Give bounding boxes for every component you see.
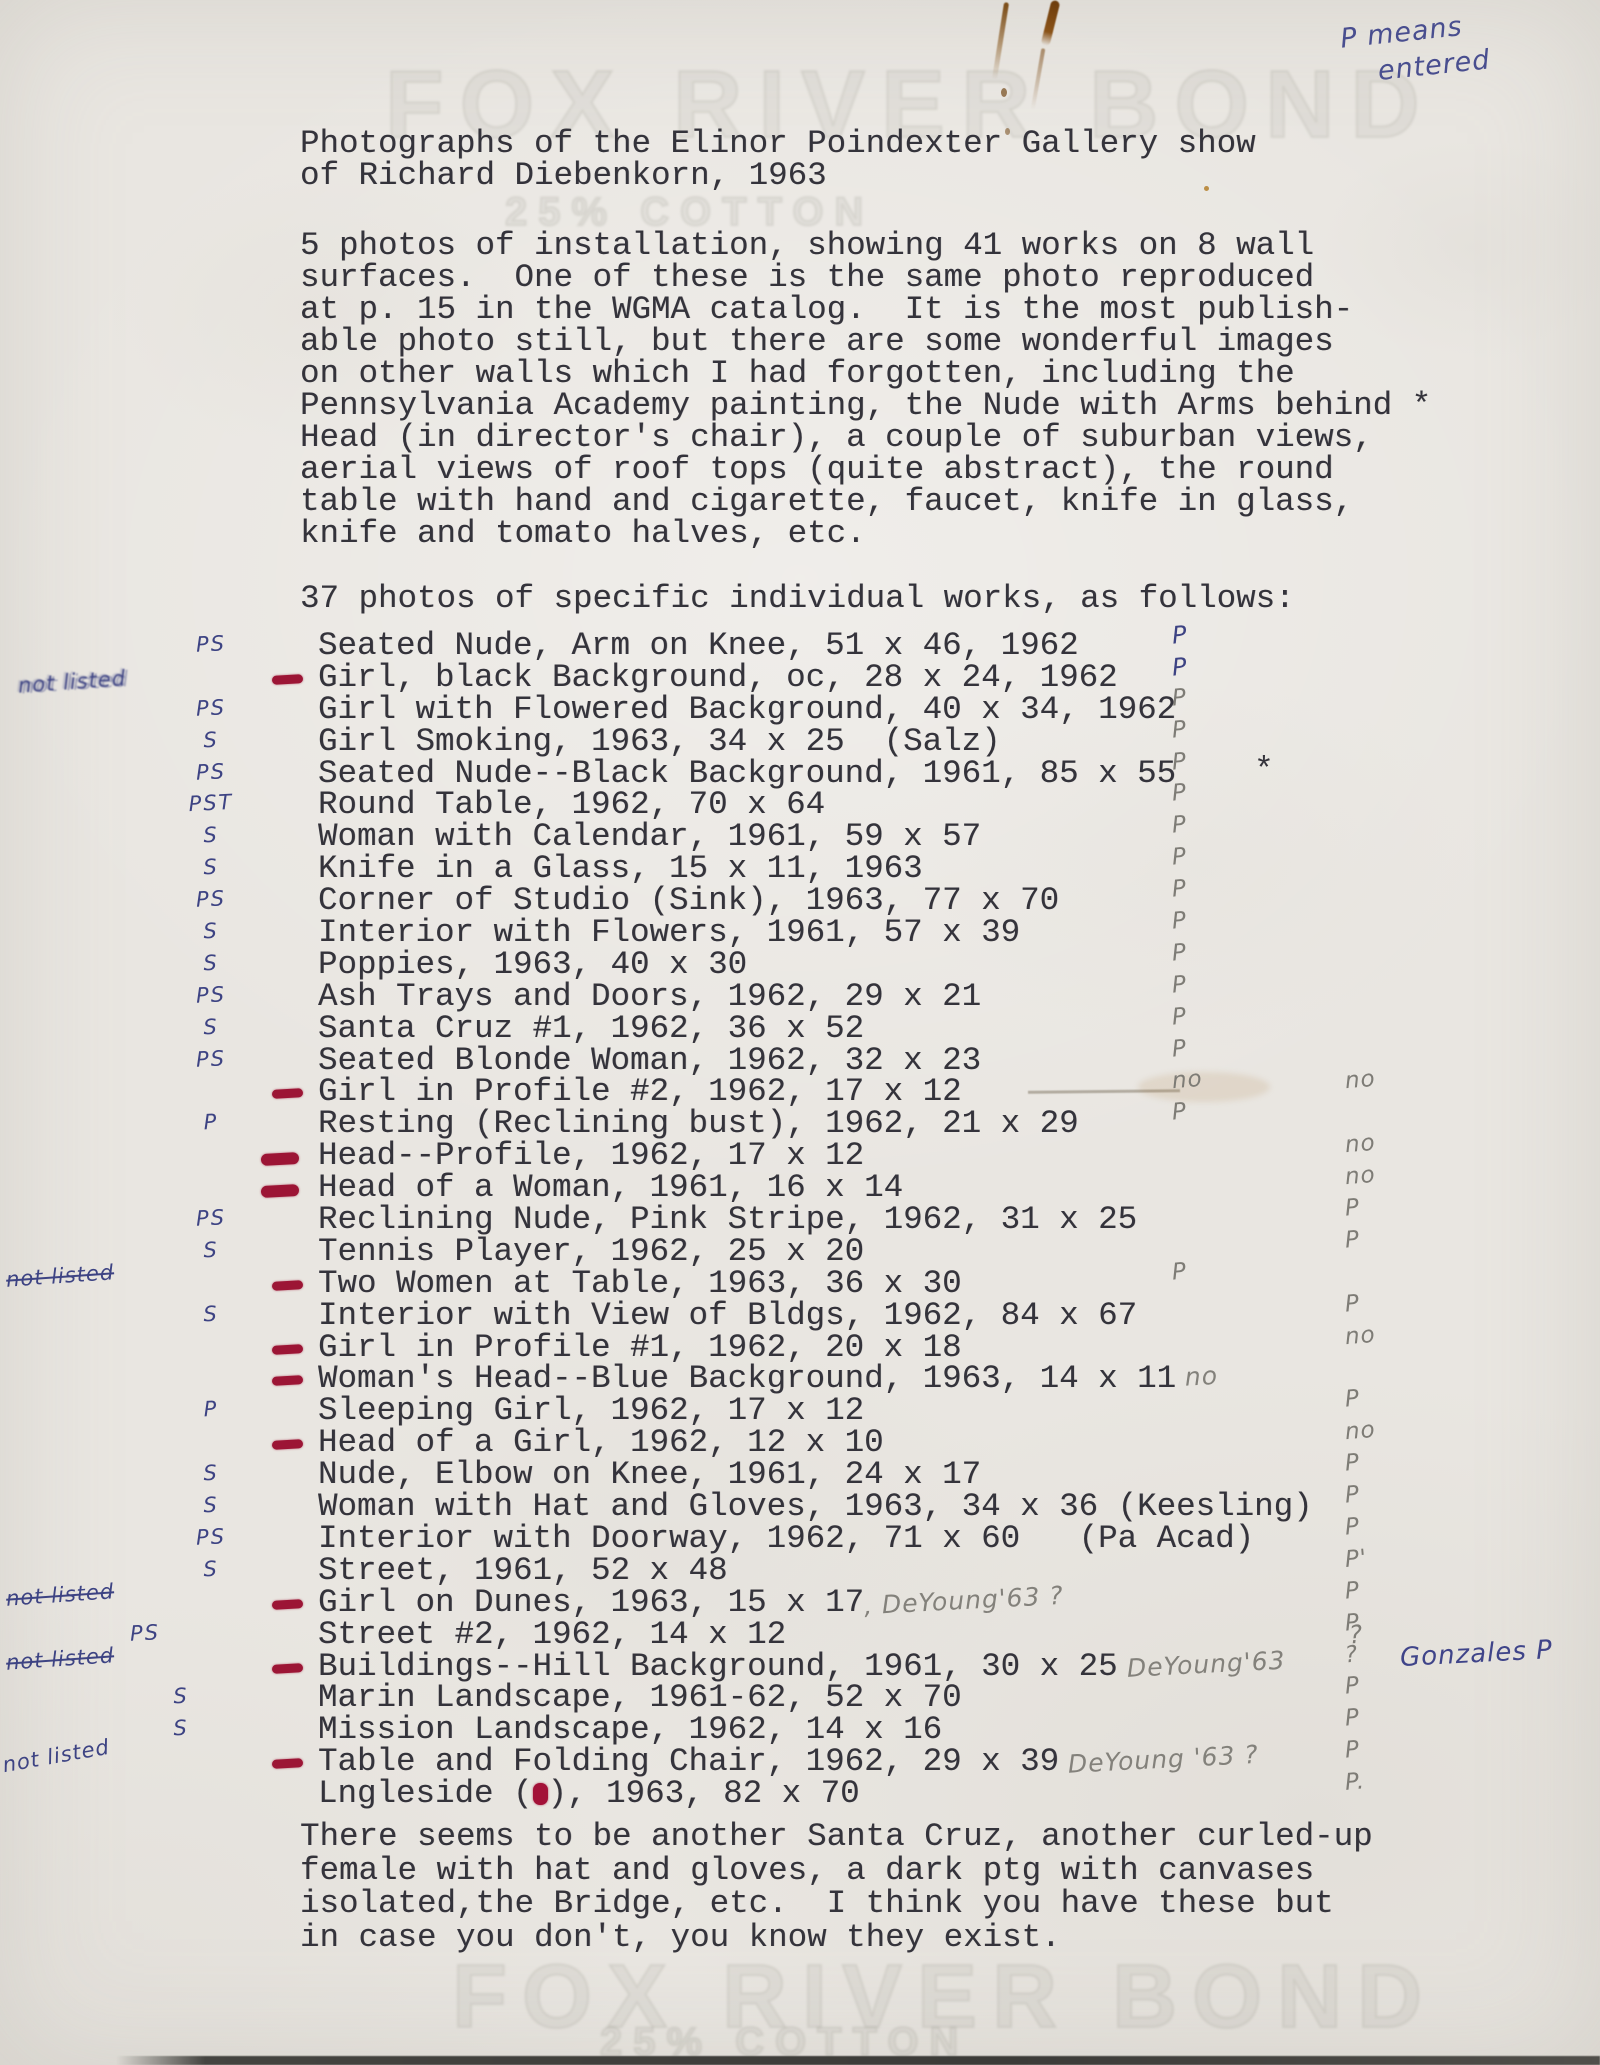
right-annotation-2: P xyxy=(1344,1705,1361,1732)
right-annotation-2: no xyxy=(1344,1417,1377,1446)
work-title: Interior with Doorway, 1962, 71 x 60 (Pa… xyxy=(318,1523,1254,1554)
work-title: Sleeping Girl, 1962, 17 x 12 xyxy=(318,1395,864,1426)
right-annotation-2: no xyxy=(1344,1162,1377,1191)
list-item: not listed Two Women at Table, 1963, 36 … xyxy=(0,1268,1600,1300)
right-annotation-2: P xyxy=(1344,1577,1361,1604)
work-title: Head--Profile, 1962, 17 x 12 xyxy=(318,1140,864,1171)
work-title: Nude, Elbow on Knee, 1961, 24 x 17 xyxy=(318,1459,981,1490)
work-title: Reclining Nude, Pink Stripe, 1962, 31 x … xyxy=(318,1204,1137,1235)
list-item: S Knife in a Glass, 15 x 11, 1963 P xyxy=(0,853,1600,885)
work-code: PS xyxy=(111,1619,178,1646)
list-item: S Woman with Calendar, 1961, 59 x 57 P xyxy=(0,821,1600,853)
list-item: PS Seated Nude, Arm on Knee, 51 x 46, 19… xyxy=(0,630,1600,662)
work-title: Street, 1961, 52 x 48 xyxy=(318,1555,728,1586)
asterisk-mark: * xyxy=(1254,752,1274,789)
question-mark: ? xyxy=(1348,1620,1363,1650)
red-dash-mark xyxy=(261,1152,300,1166)
right-annotation-2: P xyxy=(1344,1737,1361,1764)
work-code: PS xyxy=(177,630,244,657)
right-annotation-1: P xyxy=(1171,716,1188,743)
red-dash-mark xyxy=(272,674,303,685)
list-item: Girl in Profile #1, 1962, 20 x 18 no xyxy=(0,1332,1600,1364)
right-annotation-2: P xyxy=(1344,1194,1361,1221)
work-title: Tennis Player, 1962, 25 x 20 xyxy=(318,1236,864,1267)
right-annotation-2: P xyxy=(1344,1513,1361,1540)
work-title: Woman with Calendar, 1961, 59 x 57 xyxy=(318,821,981,852)
work-code: PST xyxy=(177,790,244,817)
work-code: S xyxy=(177,1555,244,1582)
list-item: Woman's Head--Blue Background, 1963, 14 … xyxy=(0,1363,1600,1395)
document-title: Photographs of the Elinor Poindexter Gal… xyxy=(300,128,1256,192)
closing-paragraph: There seems to be another Santa Cruz, an… xyxy=(300,1820,1373,1954)
work-title: Resting (Reclining bust), 1962, 21 x 29 xyxy=(318,1108,1079,1139)
right-annotation-1: P xyxy=(1171,812,1188,839)
work-code: PS xyxy=(177,981,244,1008)
right-annotation-2: P xyxy=(1344,1450,1361,1477)
list-heading: 37 photos of specific individual works, … xyxy=(300,580,1295,617)
list-item: S Mission Landscape, 1962, 14 x 16 P xyxy=(0,1714,1600,1746)
work-title: Interior with Flowers, 1961, 57 x 39 xyxy=(318,917,1020,948)
work-title: Seated Blonde Woman, 1962, 32 x 23 xyxy=(318,1045,981,1076)
list-item: S Marin Landscape, 1961-62, 52 x 70 P xyxy=(0,1682,1600,1714)
red-dash-mark xyxy=(261,1184,300,1198)
work-code: S xyxy=(177,854,244,881)
inline-pencil-note: DeYoung'63 xyxy=(1117,1645,1286,1683)
list-item: not listed Girl, black Background, oc, 2… xyxy=(0,662,1600,694)
work-title: Marin Landscape, 1961-62, 52 x 70 xyxy=(318,1682,962,1713)
right-annotation-2: no xyxy=(1344,1066,1377,1095)
right-annotation-1: P xyxy=(1171,844,1188,871)
right-annotation-1: P xyxy=(1171,1258,1188,1285)
right-annotation-2: P xyxy=(1344,1226,1361,1253)
red-dash-mark xyxy=(272,1439,303,1450)
inline-pencil-note: , DeYoung'63 ? xyxy=(863,1581,1064,1620)
work-title: Ash Trays and Doors, 1962, 29 x 21 xyxy=(318,981,981,1012)
work-title: Table and Folding Chair, 1962, 29 x 39 D… xyxy=(318,1746,1259,1777)
list-item: PS Ash Trays and Doors, 1962, 29 x 21 P xyxy=(0,981,1600,1013)
work-code: S xyxy=(177,949,244,976)
list-item: PS Girl with Flowered Background, 40 x 3… xyxy=(0,694,1600,726)
work-code: S xyxy=(177,1013,244,1040)
work-code: S xyxy=(177,726,244,753)
work-code: S xyxy=(177,1300,244,1327)
list-item: PS Corner of Studio (Sink), 1963, 77 x 7… xyxy=(0,885,1600,917)
right-annotation-1: P xyxy=(1171,780,1188,807)
right-annotation-1: P xyxy=(1171,652,1189,681)
right-annotation-1: P xyxy=(1171,684,1188,711)
list-item: S Street, 1961, 52 x 48 P' xyxy=(0,1555,1600,1587)
work-title: Street #2, 1962, 14 x 12 xyxy=(318,1619,786,1650)
work-code: S xyxy=(177,822,244,849)
work-title: Two Women at Table, 1963, 36 x 30 xyxy=(318,1268,962,1299)
work-code: S xyxy=(147,1683,214,1710)
work-title: Round Table, 1962, 70 x 64 xyxy=(318,789,825,820)
work-title: Girl with Flowered Background, 40 x 34, … xyxy=(318,694,1176,725)
right-annotation-1: P xyxy=(1171,620,1189,649)
right-annotation-1: P xyxy=(1171,748,1188,775)
right-annotation-1: P xyxy=(1171,971,1188,998)
list-item: S Woman with Hat and Gloves, 1963, 34 x … xyxy=(0,1491,1600,1523)
work-title: Buildings--Hill Background, 1961, 30 x 2… xyxy=(318,1651,1285,1682)
work-code: P xyxy=(177,1396,244,1423)
right-annotation-2: no xyxy=(1344,1130,1377,1159)
right-annotation-1: no xyxy=(1171,1066,1204,1095)
right-annotation-1: P xyxy=(1171,876,1188,903)
list-item: S Girl Smoking, 1963, 34 x 25 (Salz) P xyxy=(0,726,1600,758)
work-title: Poppies, 1963, 40 x 30 xyxy=(318,949,747,980)
list-item: S Nude, Elbow on Knee, 1961, 24 x 17 P xyxy=(0,1459,1600,1491)
list-item: S Poppies, 1963, 40 x 30 P xyxy=(0,949,1600,981)
work-title: Santa Cruz #1, 1962, 36 x 52 xyxy=(318,1013,864,1044)
list-item: S Santa Cruz #1, 1962, 36 x 52 P xyxy=(0,1013,1600,1045)
right-annotation-2: P xyxy=(1344,1290,1361,1317)
work-code: S xyxy=(177,1459,244,1486)
list-item: Head of a Girl, 1962, 12 x 10 no xyxy=(0,1427,1600,1459)
list-item: not listed Girl on Dunes, 1963, 15 x 17,… xyxy=(0,1587,1600,1619)
header-handwritten-note: P means entered xyxy=(1339,7,1493,94)
right-annotation-1: P xyxy=(1171,939,1188,966)
right-annotation-1: P xyxy=(1171,907,1188,934)
right-annotation-2: no xyxy=(1344,1321,1377,1350)
work-code: PS xyxy=(177,1045,244,1072)
red-dash-mark xyxy=(272,1376,303,1387)
work-title: Seated Nude, Arm on Knee, 51 x 46, 1962 xyxy=(318,630,1079,661)
work-title: Lngleside (), 1963, 82 x 70 xyxy=(318,1778,860,1809)
work-title: Girl, black Background, oc, 28 x 24, 196… xyxy=(318,662,1118,693)
work-code: S xyxy=(147,1715,214,1742)
red-dash-mark xyxy=(272,1344,303,1355)
work-code: PS xyxy=(177,1523,244,1550)
red-dash-mark xyxy=(272,1280,303,1291)
work-title: Interior with View of Bldgs, 1962, 84 x … xyxy=(318,1300,1137,1331)
right-annotation-2: P xyxy=(1344,1673,1361,1700)
list-item: Head of a Woman, 1961, 16 x 14 no xyxy=(0,1172,1600,1204)
work-code: S xyxy=(177,917,244,944)
list-item: PS Reclining Nude, Pink Stripe, 1962, 31… xyxy=(0,1204,1600,1236)
work-title: Girl in Profile #1, 1962, 20 x 18 xyxy=(318,1332,962,1363)
right-annotation-2: P xyxy=(1344,1481,1361,1508)
list-item: Girl in Profile #2, 1962, 17 x 12 no no xyxy=(0,1076,1600,1108)
work-code: PS xyxy=(177,758,244,785)
list-item: PS Seated Nude--Black Background, 1961, … xyxy=(0,758,1600,790)
work-code: S xyxy=(177,1236,244,1263)
work-title-text: Lngleside ( xyxy=(318,1775,533,1812)
work-code: PS xyxy=(177,694,244,721)
work-code: S xyxy=(177,1491,244,1518)
right-annotation-1: P xyxy=(1171,1035,1188,1062)
red-dash-mark xyxy=(272,1599,303,1610)
red-dash-mark xyxy=(272,1089,303,1100)
right-annotation-2: P. xyxy=(1344,1768,1366,1796)
list-item: PST Round Table, 1962, 70 x 64 P xyxy=(0,789,1600,821)
work-title: Girl Smoking, 1963, 34 x 25 (Salz) xyxy=(318,726,1001,757)
intro-paragraph: 5 photos of installation, showing 41 wor… xyxy=(300,230,1431,550)
list-item: S Interior with Flowers, 1961, 57 x 39 P xyxy=(0,917,1600,949)
work-title: Seated Nude--Black Background, 1961, 85 … xyxy=(318,758,1176,789)
work-code: P xyxy=(177,1109,244,1136)
work-title: Girl in Profile #2, 1962, 17 x 12 xyxy=(318,1076,962,1107)
work-title: Girl on Dunes, 1963, 15 x 17, DeYoung'63… xyxy=(318,1587,1064,1618)
work-title-post: ), 1963, 82 x 70 xyxy=(548,1775,860,1812)
right-annotation-1: P xyxy=(1171,1099,1188,1126)
work-title: Woman with Hat and Gloves, 1963, 34 x 36… xyxy=(318,1491,1313,1522)
red-dash-mark xyxy=(272,1758,303,1769)
right-annotation-1: P xyxy=(1171,1003,1188,1030)
list-item: not listed Buildings--Hill Background, 1… xyxy=(0,1651,1600,1683)
work-code: PS xyxy=(177,885,244,912)
work-code: PS xyxy=(177,1204,244,1231)
right-annotation-2: P' xyxy=(1344,1545,1368,1573)
work-title: Head of a Girl, 1962, 12 x 10 xyxy=(318,1427,884,1458)
work-title: Head of a Woman, 1961, 16 x 14 xyxy=(318,1172,903,1203)
red-dash-mark xyxy=(272,1663,303,1674)
work-title: Corner of Studio (Sink), 1963, 77 x 70 xyxy=(318,885,1059,916)
document-page: FOX RIVER BOND 25% COTTON FOX RIVER BOND… xyxy=(0,0,1600,2065)
inline-pencil-note: DeYoung '63 ? xyxy=(1058,1740,1259,1779)
inline-pencil-note: no xyxy=(1175,1361,1219,1392)
work-title: Woman's Head--Blue Background, 1963, 14 … xyxy=(318,1363,1218,1394)
work-title: Knife in a Glass, 15 x 11, 1963 xyxy=(318,853,923,884)
work-title: Mission Landscape, 1962, 14 x 16 xyxy=(318,1714,942,1745)
list-item: Lngleside (), 1963, 82 x 70 P. xyxy=(0,1778,1600,1810)
list-item: S Tennis Player, 1962, 25 x 20 P xyxy=(0,1236,1600,1268)
red-ink-blob xyxy=(533,1783,548,1805)
right-annotation-2: P xyxy=(1344,1386,1361,1413)
